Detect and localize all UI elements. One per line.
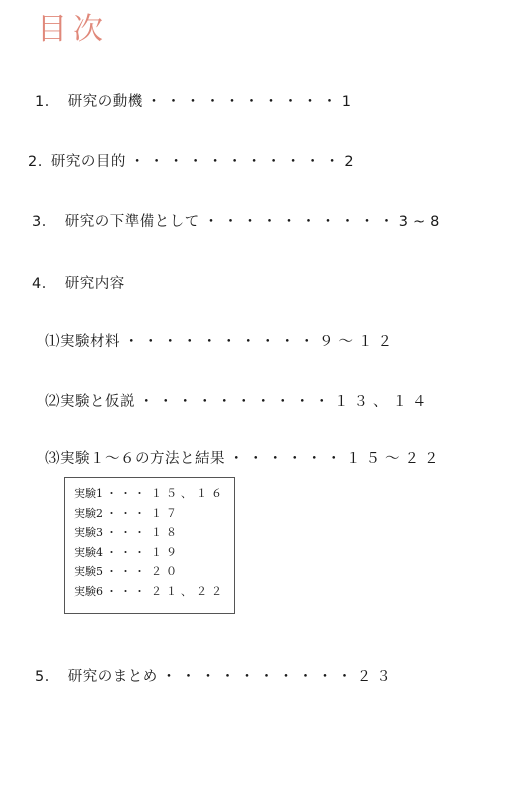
experiment-label: 実験1 bbox=[74, 487, 103, 500]
toc-label: 実験と仮説 bbox=[60, 394, 135, 410]
toc-page: 2 bbox=[344, 154, 358, 170]
toc-page: 1 bbox=[342, 94, 356, 110]
toc-subentry-materials: ⑴実験材料・・・・・・・・・・９～１２ bbox=[45, 330, 397, 351]
experiment-page: １８ bbox=[151, 526, 181, 539]
experiment-leader: ・・・ bbox=[106, 565, 148, 578]
toc-entry-motivation: 1．研究の動機・・・・・・・・・・1 bbox=[35, 90, 356, 111]
experiment-row: 実験1・・・１５、１６ bbox=[74, 484, 234, 504]
experiment-page: ２１、２２ bbox=[151, 585, 226, 598]
experiment-label: 実験5 bbox=[74, 565, 103, 578]
toc-leader: ・・・・・・・・・・・ bbox=[130, 154, 345, 170]
experiment-leader: ・・・ bbox=[106, 487, 148, 500]
experiment-leader: ・・・ bbox=[106, 546, 148, 559]
toc-number: 2. bbox=[28, 154, 43, 170]
toc-page: １５～２２ bbox=[346, 451, 444, 467]
toc-label: 研究の動機 bbox=[68, 94, 143, 110]
experiment-page: １５、１６ bbox=[151, 487, 226, 500]
experiment-leader: ・・・ bbox=[106, 507, 148, 520]
experiment-page: １９ bbox=[151, 546, 181, 559]
experiment-row: 実験5・・・２０ bbox=[74, 562, 234, 582]
toc-leader: ・・・・・・・・・・ bbox=[139, 394, 334, 410]
toc-page: ９～１２ bbox=[319, 334, 397, 350]
toc-number: 4． bbox=[32, 276, 57, 292]
toc-page: １３、１４ bbox=[334, 394, 432, 410]
experiment-leader: ・・・ bbox=[106, 526, 148, 539]
experiments-box: 実験1・・・１５、１６ 実験2・・・１７ 実験3・・・１８ 実験4・・・１９ 実… bbox=[64, 477, 235, 614]
experiment-label: 実験4 bbox=[74, 546, 103, 559]
toc-label: 研究の目的 bbox=[51, 154, 126, 170]
toc-subentry-hypothesis: ⑵実験と仮説・・・・・・・・・・１３、１４ bbox=[45, 390, 432, 411]
experiment-page: １７ bbox=[151, 507, 181, 520]
toc-entry-summary: 5．研究のまとめ・・・・・・・・・・２３ bbox=[35, 665, 396, 686]
toc-entry-preparation: 3．研究の下準備として・・・・・・・・・・3~8 bbox=[32, 210, 444, 231]
toc-number: ⑴ bbox=[45, 334, 60, 350]
experiment-label: 実験3 bbox=[74, 526, 103, 539]
experiment-label: 実験2 bbox=[74, 507, 103, 520]
toc-leader: ・・・・・・・・・・ bbox=[204, 214, 399, 230]
toc-label: 研究の下準備として bbox=[65, 214, 200, 230]
toc-label: 研究内容 bbox=[65, 276, 125, 292]
experiment-label: 実験6 bbox=[74, 585, 103, 598]
toc-page: 3~8 bbox=[399, 214, 445, 230]
toc-leader: ・・・・・・・・・・ bbox=[147, 94, 342, 110]
experiment-row: 実験3・・・１８ bbox=[74, 523, 234, 543]
experiment-leader: ・・・ bbox=[106, 585, 148, 598]
toc-number: 5． bbox=[35, 669, 60, 685]
toc-leader: ・・・・・・ bbox=[229, 451, 346, 467]
toc-label: 実験材料 bbox=[60, 334, 120, 350]
toc-label: 研究のまとめ bbox=[68, 669, 158, 685]
experiment-row: 実験2・・・１７ bbox=[74, 504, 234, 524]
toc-entry-purpose: 2.研究の目的・・・・・・・・・・・2 bbox=[28, 150, 359, 171]
experiment-row: 実験4・・・１９ bbox=[74, 543, 234, 563]
page-title: 目次 bbox=[37, 4, 109, 48]
toc-leader: ・・・・・・・・・・ bbox=[124, 334, 319, 350]
toc-number: 3． bbox=[32, 214, 57, 230]
toc-entry-research-content: 4．研究内容 bbox=[32, 272, 125, 293]
experiment-row: 実験6・・・２１、２２ bbox=[74, 582, 234, 602]
toc-leader: ・・・・・・・・・・ bbox=[162, 669, 357, 685]
toc-number: 1． bbox=[35, 94, 60, 110]
toc-label: 実験１～６の方法と結果 bbox=[60, 451, 225, 467]
toc-number: ⑶ bbox=[45, 451, 60, 467]
toc-page: ２３ bbox=[357, 669, 396, 685]
experiment-page: ２０ bbox=[151, 565, 181, 578]
toc-number: ⑵ bbox=[45, 394, 60, 410]
toc-subentry-methods-results: ⑶実験１～６の方法と結果・・・・・・１５～２２ bbox=[45, 447, 444, 468]
